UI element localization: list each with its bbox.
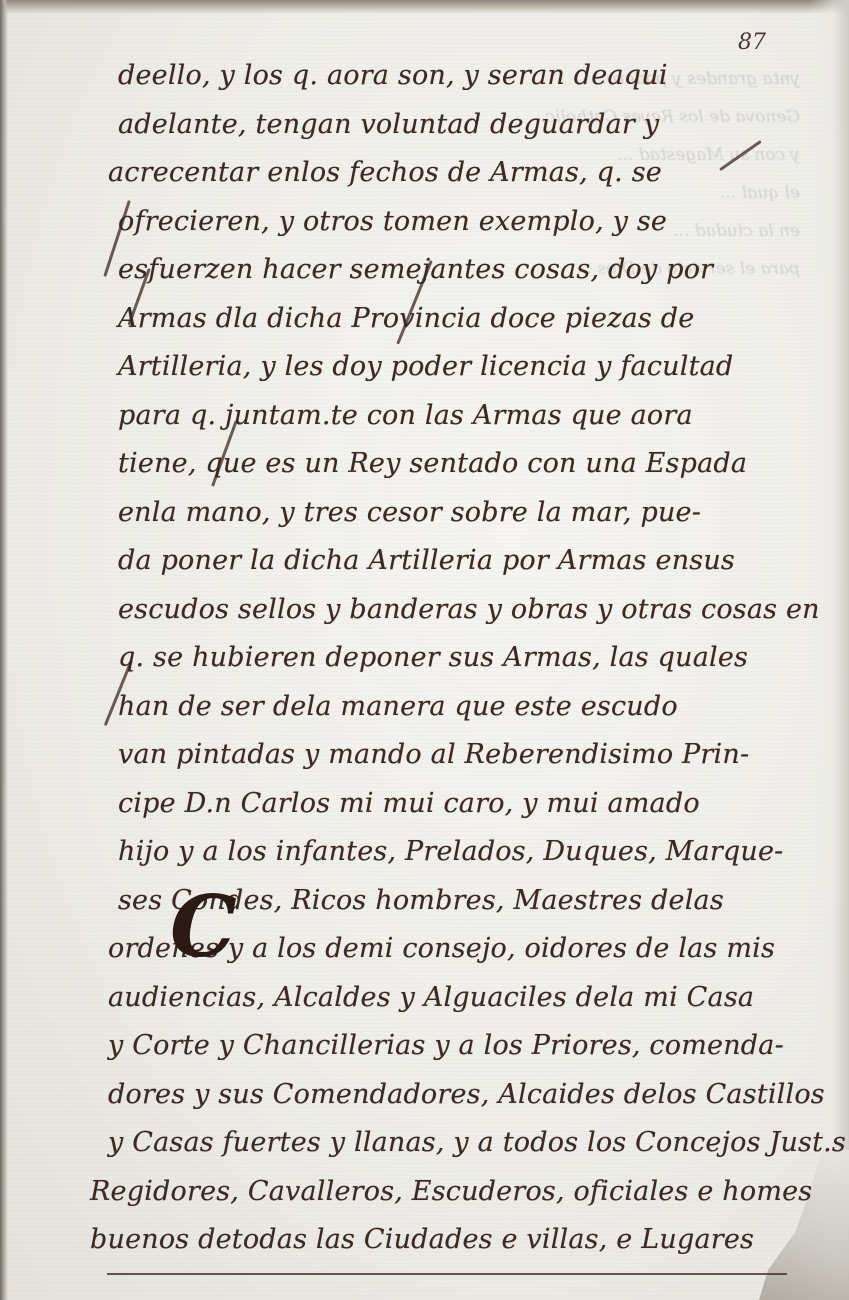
text-line: Armas dla dicha Provincia doce piezas de (118, 295, 818, 344)
text-line: ofrecieren, y otros tomen exemplo, y se (118, 198, 818, 247)
text-line: acrecentar enlos fechos de Armas, q. se (108, 149, 818, 198)
text-line: deello, y los q. aora son, y seran deaqu… (118, 52, 818, 101)
text-line: van pintadas y mando al Reberendisimo Pr… (118, 731, 818, 780)
decorated-initial: C (170, 885, 237, 969)
manuscript-page: ynta grandes y podero... Genova de los R… (0, 0, 849, 1300)
text-line: enla mano, y tres cesor sobre la mar, pu… (118, 489, 818, 538)
text-line: adelante, tengan voluntad deguardar y (118, 101, 818, 150)
text-line: hijo y a los infantes, Prelados, Duques,… (118, 828, 818, 877)
text-line: Artilleria, y les doy poder licencia y f… (118, 343, 818, 392)
text-line: cipe D.n Carlos mi mui caro, y mui amado (118, 780, 818, 829)
text-line: esfuerzen hacer semejantes cosas, doy po… (118, 246, 818, 295)
text-line: y Corte y Chancillerias y a los Priores,… (108, 1022, 818, 1071)
text-line: y Casas fuertes y llanas, y a todos los … (108, 1119, 818, 1168)
end-rule-line (107, 1273, 787, 1275)
text-line: han de ser dela manera que este escudo (118, 683, 818, 732)
manuscript-text: deello, y los q. aora son, y seran deaqu… (118, 52, 818, 1265)
text-line: para q. juntam.te con las Armas que aora (118, 392, 818, 441)
text-line: buenos detodas las Ciudades e villas, e … (90, 1216, 818, 1265)
text-line: tiene, que es un Rey sentado con una Esp… (118, 440, 818, 489)
page-top-edge (0, 0, 849, 14)
text-line: Regidores, Cavalleros, Escuderos, oficia… (90, 1168, 818, 1217)
page-binding-edge (0, 0, 8, 1300)
text-line: escudos sellos y banderas y obras y otra… (118, 586, 818, 635)
text-line: audiencias, Alcaldes y Alguaciles dela m… (108, 974, 818, 1023)
text-line: da poner la dicha Artilleria por Armas e… (118, 537, 818, 586)
text-line: q. se hubieren deponer sus Armas, las qu… (118, 634, 818, 683)
text-line: dores y sus Comendadores, Alcaides delos… (108, 1071, 818, 1120)
